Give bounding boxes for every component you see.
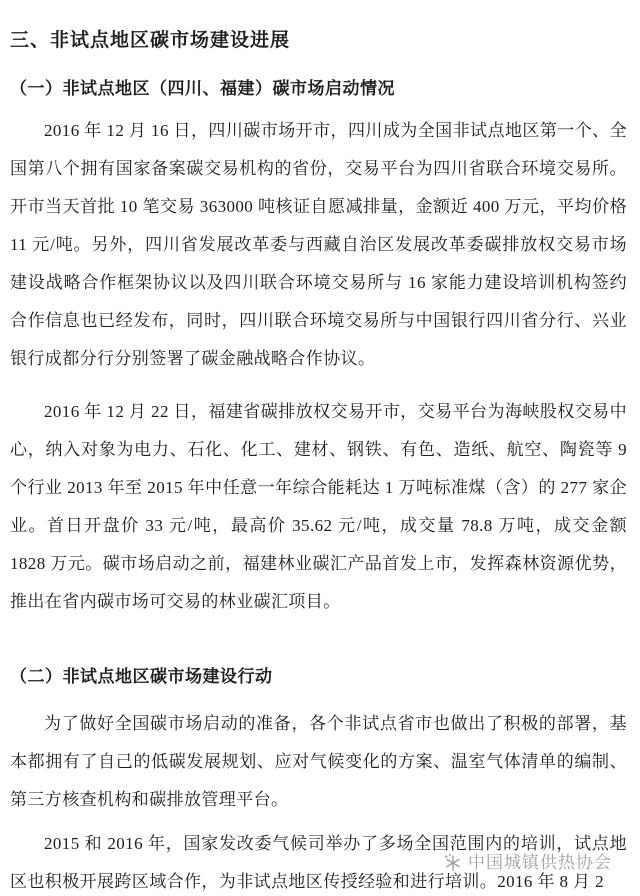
paragraph-sichuan-market: 2016 年 12 月 16 日，四川碳市场开市，四川成为全国非试点地区第一个、… [10, 112, 627, 378]
paragraph-nonpilot-actions: 为了做好全国碳市场启动的准备，各个非试点省市也做出了积极的部署，基本都拥有了自己… [10, 705, 627, 819]
paragraph-fujian-market: 2016 年 12 月 22 日，福建省碳排放权交易开市，交易平台为海峡股权交易… [10, 393, 627, 621]
paragraph-training: 2015 和 2016 年，国家发改委气候司举办了多场全国范围内的培训，试点地区… [10, 825, 627, 896]
section-heading: 三、非试点地区碳市场建设进展 [10, 30, 627, 52]
subsection-1-heading: （一）非试点地区（四川、福建）碳市场启动情况 [10, 78, 627, 100]
subsection-2-heading: （二）非试点地区碳市场建设行动 [10, 666, 627, 688]
document-page: 三、非试点地区碳市场建设进展 （一）非试点地区（四川、福建）碳市场启动情况 20… [0, 0, 640, 896]
